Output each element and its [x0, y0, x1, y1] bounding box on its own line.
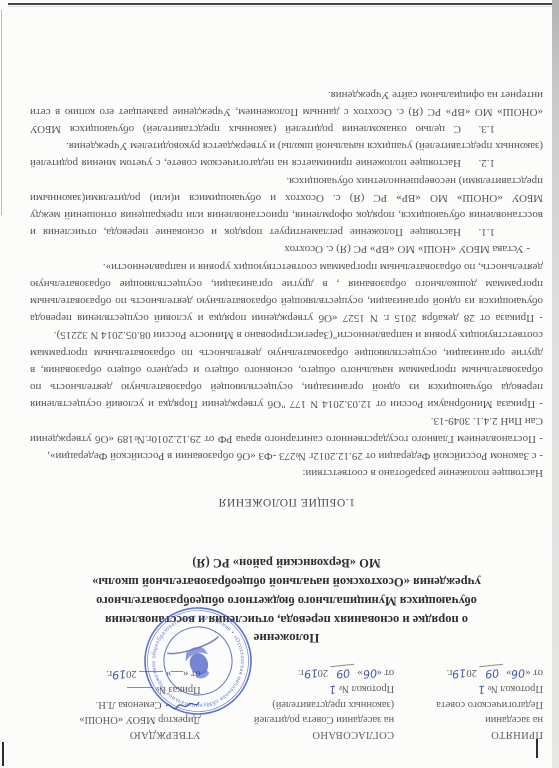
paragraph: 1.1.Настоящее Положение регламентирует п…	[30, 171, 543, 240]
paragraph: - Устава МБОУ «НОШ» МО «ВР» РС (Я) с. Ос…	[30, 240, 543, 257]
soglasovano-line1: на заседании Совета родителей	[201, 712, 394, 727]
title-line: о порядке и основаниях перевода, отчисле…	[30, 610, 543, 629]
scan-artifact-top-line-echo	[8, 6, 556, 7]
clause-number: 1.1.	[461, 223, 519, 240]
title-line: МО «Верхоянский район» РС (Я)	[30, 553, 543, 572]
handwritten-day: 06	[362, 665, 377, 681]
handwritten-protocol-number: 1	[477, 682, 486, 698]
paragraph: 1.3.С целью ознакомления родителей (зако…	[30, 85, 543, 137]
paragraph: - Приказа Минобрнауки России от 12.03.20…	[30, 326, 543, 412]
paragraph: - с Законом Российской Федерации от 29.1…	[30, 447, 543, 464]
approval-header: ПРИНЯТО на заседании Педагогического сов…	[30, 665, 543, 742]
document-content: ПРИНЯТО на заседании Педагогического сов…	[0, 0, 559, 768]
handwritten-protocol-number: 1	[329, 682, 338, 698]
scanned-document-page: ПРИНЯТО на заседании Педагогического сов…	[0, 0, 559, 768]
scan-artifact-left-line	[1, 10, 2, 215]
handwritten-year: 19	[303, 665, 318, 681]
utverzhdayu-title: УТВЕРЖДАЮ	[30, 727, 201, 742]
prinyato-title: ПРИНЯТО	[394, 727, 543, 742]
handwritten-month: 09	[479, 664, 505, 682]
approval-block-prinyato: ПРИНЯТО на заседании Педагогического сов…	[394, 665, 543, 742]
soglasovano-title: СОГЛАСОВАНО	[201, 727, 394, 742]
prinyato-protocol: Протокол № 1	[394, 681, 543, 697]
scan-artifact-bottom-left-dash	[2, 742, 4, 766]
stamp-signature-stroke	[167, 636, 220, 657]
scan-artifact-top-line	[8, 3, 556, 5]
prinyato-line2: Педагогического совета	[394, 697, 543, 712]
handwritten-year: 19	[452, 665, 467, 681]
scan-artifact-right-strip	[552, 0, 559, 768]
section-heading: 1.ОБЩИЕ ПОЛОЖЕНИЯ	[30, 496, 543, 508]
paragraph: - Постановлением Главного государственно…	[30, 412, 543, 446]
handwritten-month: 09	[330, 664, 356, 682]
handwritten-year: 19	[111, 666, 126, 682]
clause-number: 1.2.	[461, 154, 519, 171]
stamp-emblem	[182, 644, 215, 682]
title-line: учреждения «Осохтохской начальной общеоб…	[30, 572, 543, 591]
paragraph: Настоящее положение разработано в соотве…	[30, 464, 543, 481]
document-title: Положение о порядке и основаниях перевод…	[30, 553, 543, 648]
paragraph: 1.2.Настоящее положение принимается на п…	[30, 137, 543, 171]
handwritten-day: 06	[511, 665, 526, 681]
scan-artifact-bottom-right-dash	[536, 739, 538, 758]
paragraph: - Приказа от 28 декабря 2015 г. N 1527 «…	[30, 257, 543, 326]
clause-number: 1.3.	[461, 120, 519, 137]
title-line: обучающихся Муниципального бюджетного об…	[30, 591, 543, 610]
document-body: Настоящее положение разработано в соотве…	[30, 85, 543, 481]
prinyato-line1: на заседании	[394, 712, 543, 727]
prinyato-date: от «06» 09 2019г.	[394, 665, 543, 681]
rotated-page-180: ПРИНЯТО на заседании Педагогического сов…	[0, 0, 559, 768]
title-line: Положение	[30, 629, 543, 648]
